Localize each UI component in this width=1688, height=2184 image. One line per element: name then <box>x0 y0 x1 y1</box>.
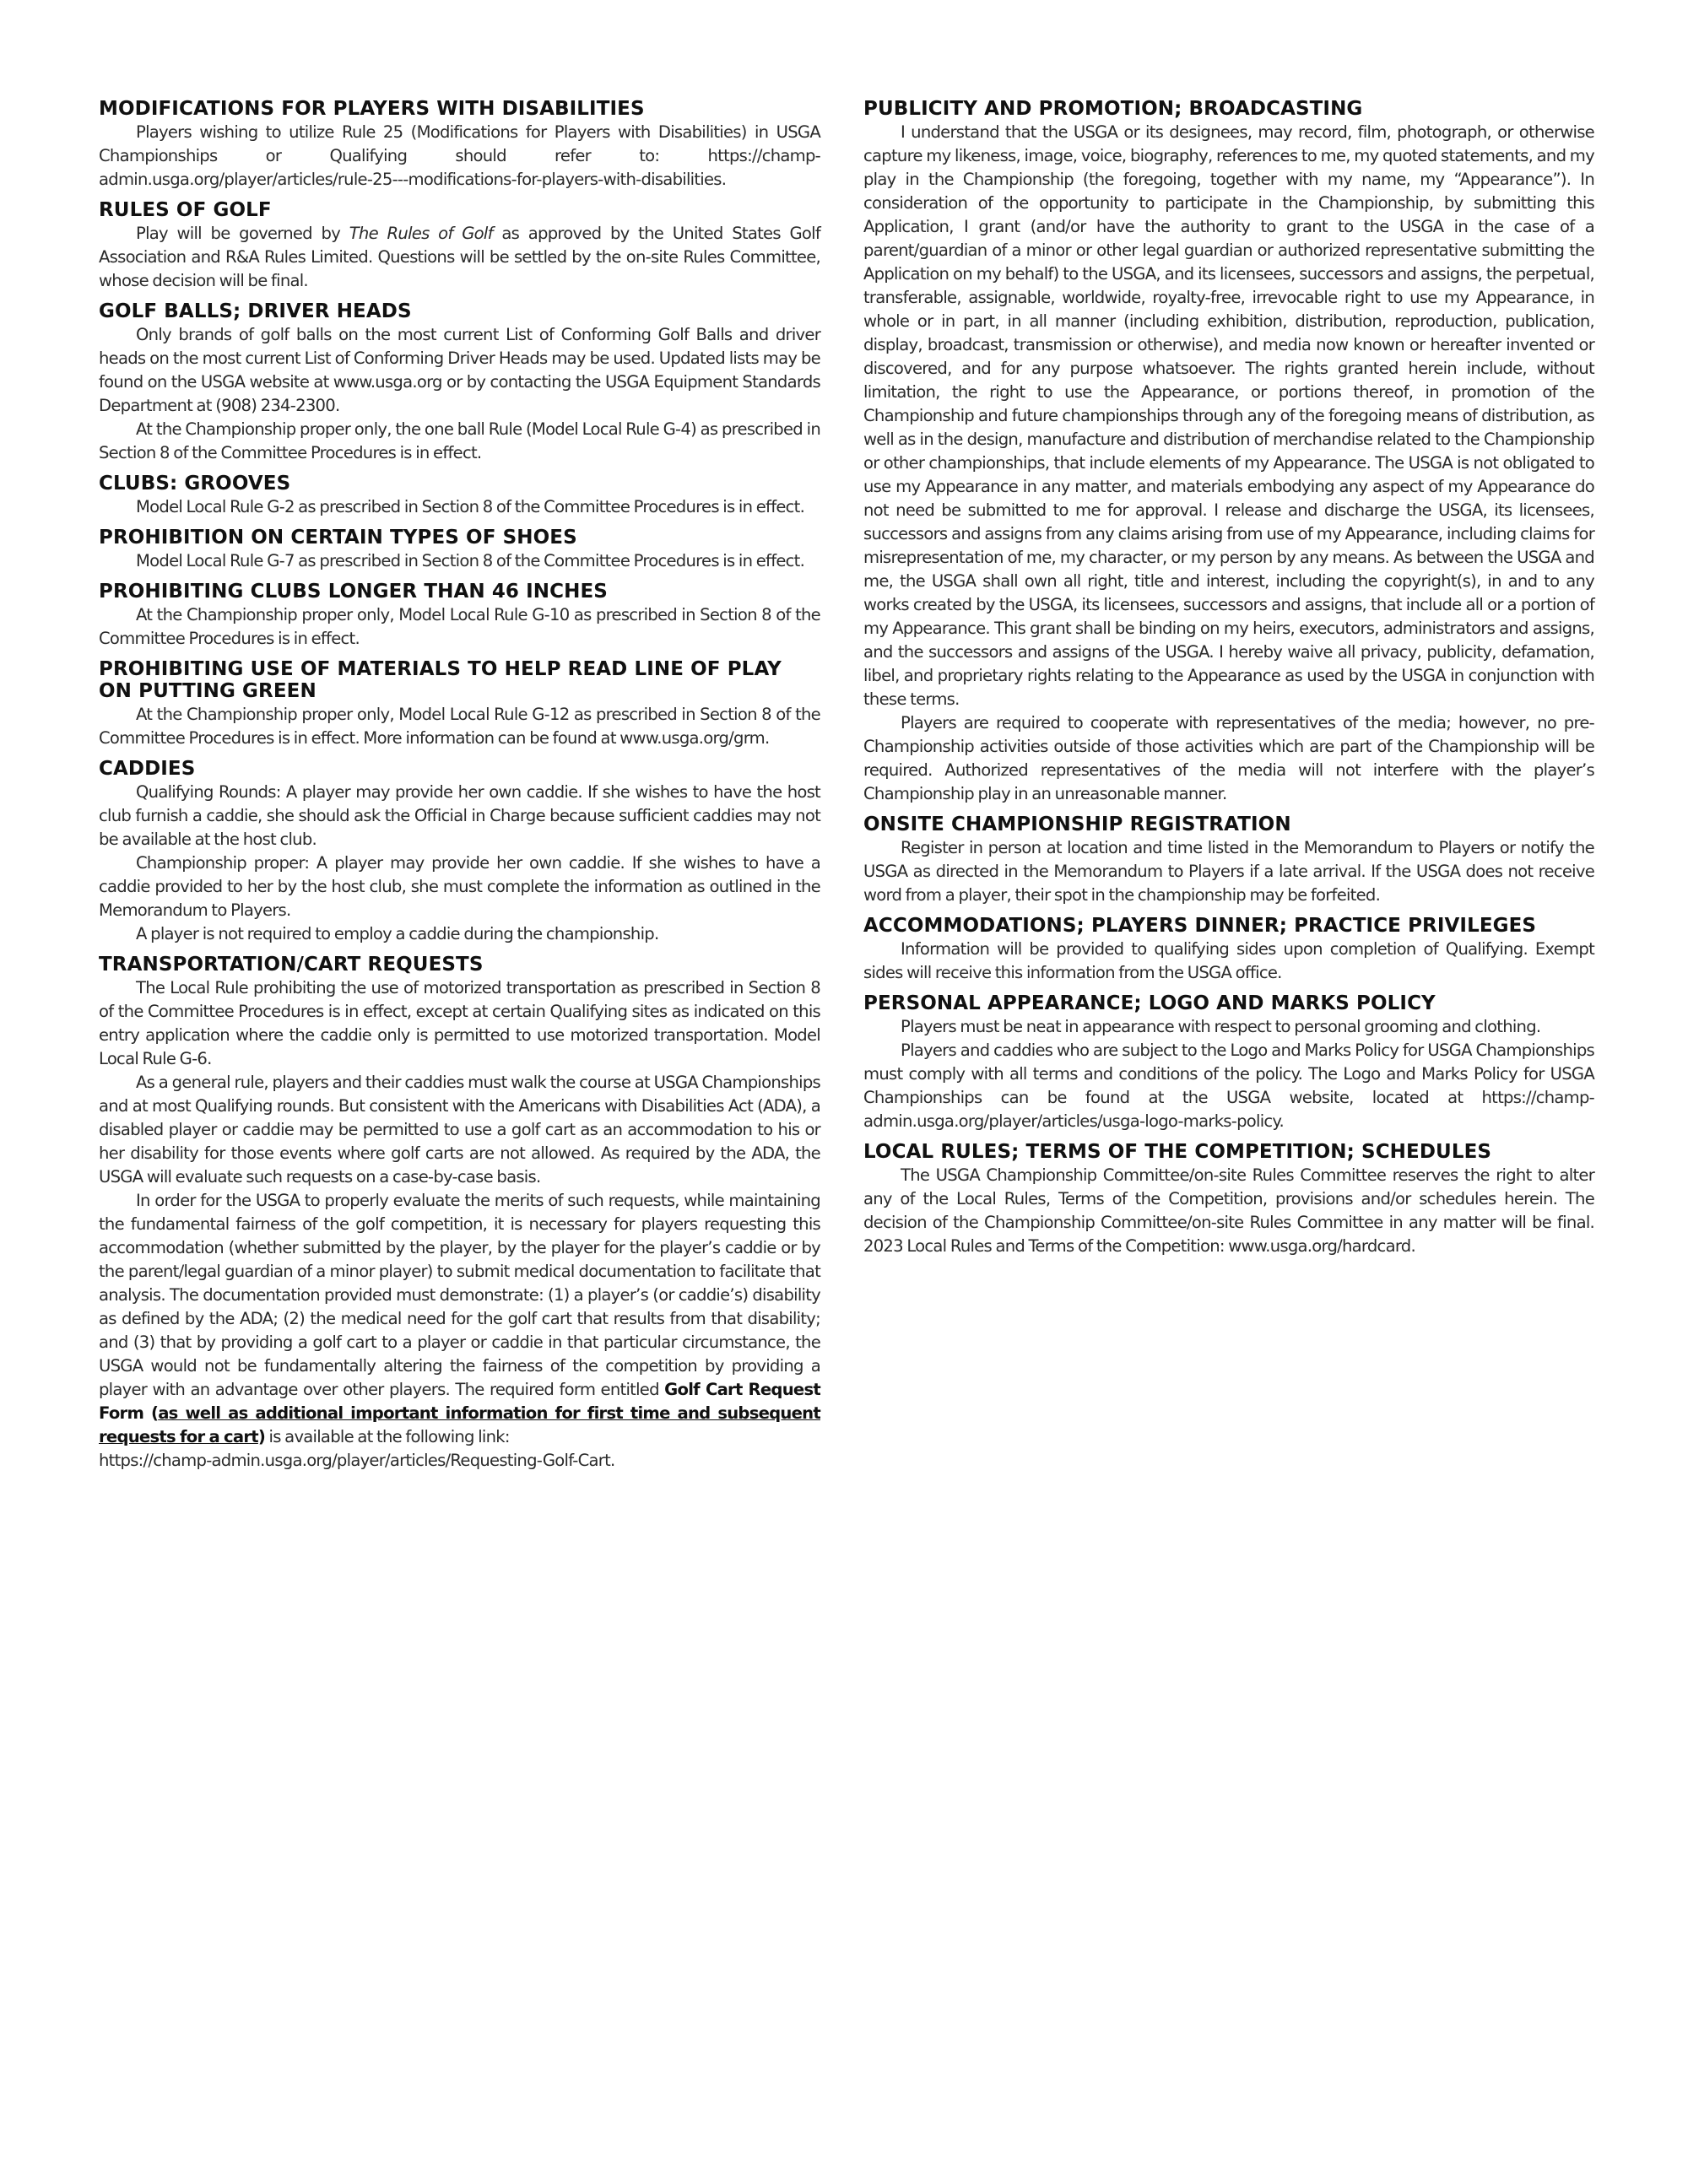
section-paragraph: Players are required to cooperate with r… <box>863 711 1594 806</box>
section-paragraph: Model Local Rule G-7 as prescribed in Se… <box>99 549 820 573</box>
section-transportation-cart-requests: TRANSPORTATION/CART REQUESTS The Local R… <box>99 954 820 1473</box>
rules-of-golf-title: The Rules of Golf <box>349 224 493 243</box>
text-run: Play will be governed by <box>136 224 349 243</box>
section-paragraph: As a general rule, players and their cad… <box>99 1071 820 1189</box>
section-materials-line-of-play: PROHIBITING USE OF MATERIALS TO HELP REA… <box>99 658 820 750</box>
section-paragraph: Players and caddies who are subject to t… <box>863 1039 1594 1133</box>
text-run: is available at the following link: <box>265 1427 510 1446</box>
section-heading: GOLF BALLS; DRIVER HEADS <box>99 300 820 322</box>
section-paragraph: Qualifying Rounds: A player may provide … <box>99 781 820 851</box>
section-rules-of-golf: RULES OF GOLF Play will be governed by T… <box>99 199 820 293</box>
section-paragraph: At the Championship proper only, Model L… <box>99 603 820 651</box>
right-column: PUBLICITY AND PROMOTION; BROADCASTING I … <box>863 98 1594 1480</box>
section-publicity-promotion: PUBLICITY AND PROMOTION; BROADCASTING I … <box>863 98 1594 806</box>
section-paragraph: Information will be provided to qualifyi… <box>863 938 1594 985</box>
section-heading: CLUBS: GROOVES <box>99 473 820 495</box>
section-clubs-grooves: CLUBS: GROOVES Model Local Rule G-2 as p… <box>99 473 820 519</box>
section-paragraph: The Local Rule prohibiting the use of mo… <box>99 976 820 1071</box>
section-clubs-longer-46: PROHIBITING CLUBS LONGER THAN 46 INCHES … <box>99 581 820 651</box>
section-heading: TRANSPORTATION/CART REQUESTS <box>99 954 820 976</box>
section-accommodations: ACCOMMODATIONS; PLAYERS DINNER; PRACTICE… <box>863 915 1594 985</box>
section-heading: PROHIBITION ON CERTAIN TYPES OF SHOES <box>99 527 820 549</box>
section-heading: MODIFICATIONS FOR PLAYERS WITH DISABILIT… <box>99 98 820 120</box>
section-paragraph: Players must be neat in appearance with … <box>863 1015 1594 1039</box>
section-prohibition-shoes: PROHIBITION ON CERTAIN TYPES OF SHOES Mo… <box>99 527 820 573</box>
section-heading: ACCOMMODATIONS; PLAYERS DINNER; PRACTICE… <box>863 915 1594 937</box>
section-heading: PERSONAL APPEARANCE; LOGO AND MARKS POLI… <box>863 992 1594 1014</box>
section-caddies: CADDIES Qualifying Rounds: A player may … <box>99 758 820 946</box>
document-page: MODIFICATIONS FOR PLAYERS WITH DISABILIT… <box>99 98 1594 1480</box>
section-onsite-registration: ONSITE CHAMPIONSHIP REGISTRATION Registe… <box>863 814 1594 907</box>
section-paragraph: Register in person at location and time … <box>863 836 1594 907</box>
section-paragraph: Play will be governed by The Rules of Go… <box>99 222 820 293</box>
text-run: In order for the USGA to properly evalua… <box>99 1191 820 1399</box>
left-column: MODIFICATIONS FOR PLAYERS WITH DISABILIT… <box>99 98 820 1480</box>
section-golf-balls-driver-heads: GOLF BALLS; DRIVER HEADS Only brands of … <box>99 300 820 465</box>
section-personal-appearance: PERSONAL APPEARANCE; LOGO AND MARKS POLI… <box>863 992 1594 1133</box>
section-paragraph: At the Championship proper only, Model L… <box>99 703 820 750</box>
section-paragraph: Championship proper: A player may provid… <box>99 851 820 922</box>
section-paragraph: A player is not required to employ a cad… <box>99 922 820 946</box>
section-heading: LOCAL RULES; TERMS OF THE COMPETITION; S… <box>863 1141 1594 1163</box>
section-paragraph: In order for the USGA to properly evalua… <box>99 1189 820 1449</box>
section-heading: PROHIBITING USE OF MATERIALS TO HELP REA… <box>99 658 820 702</box>
section-paragraph: Players wishing to utilize Rule 25 (Modi… <box>99 121 820 192</box>
section-paragraph: Only brands of golf balls on the most cu… <box>99 323 820 418</box>
text-run: ) <box>258 1427 265 1446</box>
section-modifications-disabilities: MODIFICATIONS FOR PLAYERS WITH DISABILIT… <box>99 98 820 192</box>
section-local-rules-terms: LOCAL RULES; TERMS OF THE COMPETITION; S… <box>863 1141 1594 1258</box>
section-paragraph: The USGA Championship Committee/on-site … <box>863 1164 1594 1258</box>
requesting-golf-cart-link[interactable]: https://champ-admin.usga.org/player/arti… <box>99 1449 820 1473</box>
section-heading: RULES OF GOLF <box>99 199 820 221</box>
section-paragraph: Model Local Rule G-2 as prescribed in Se… <box>99 495 820 519</box>
section-heading: ONSITE CHAMPIONSHIP REGISTRATION <box>863 814 1594 835</box>
section-heading: PROHIBITING CLUBS LONGER THAN 46 INCHES <box>99 581 820 603</box>
section-heading: PUBLICITY AND PROMOTION; BROADCASTING <box>863 98 1594 120</box>
section-paragraph: I understand that the USGA or its design… <box>863 121 1594 711</box>
section-paragraph: At the Championship proper only, the one… <box>99 418 820 465</box>
section-heading: CADDIES <box>99 758 820 780</box>
